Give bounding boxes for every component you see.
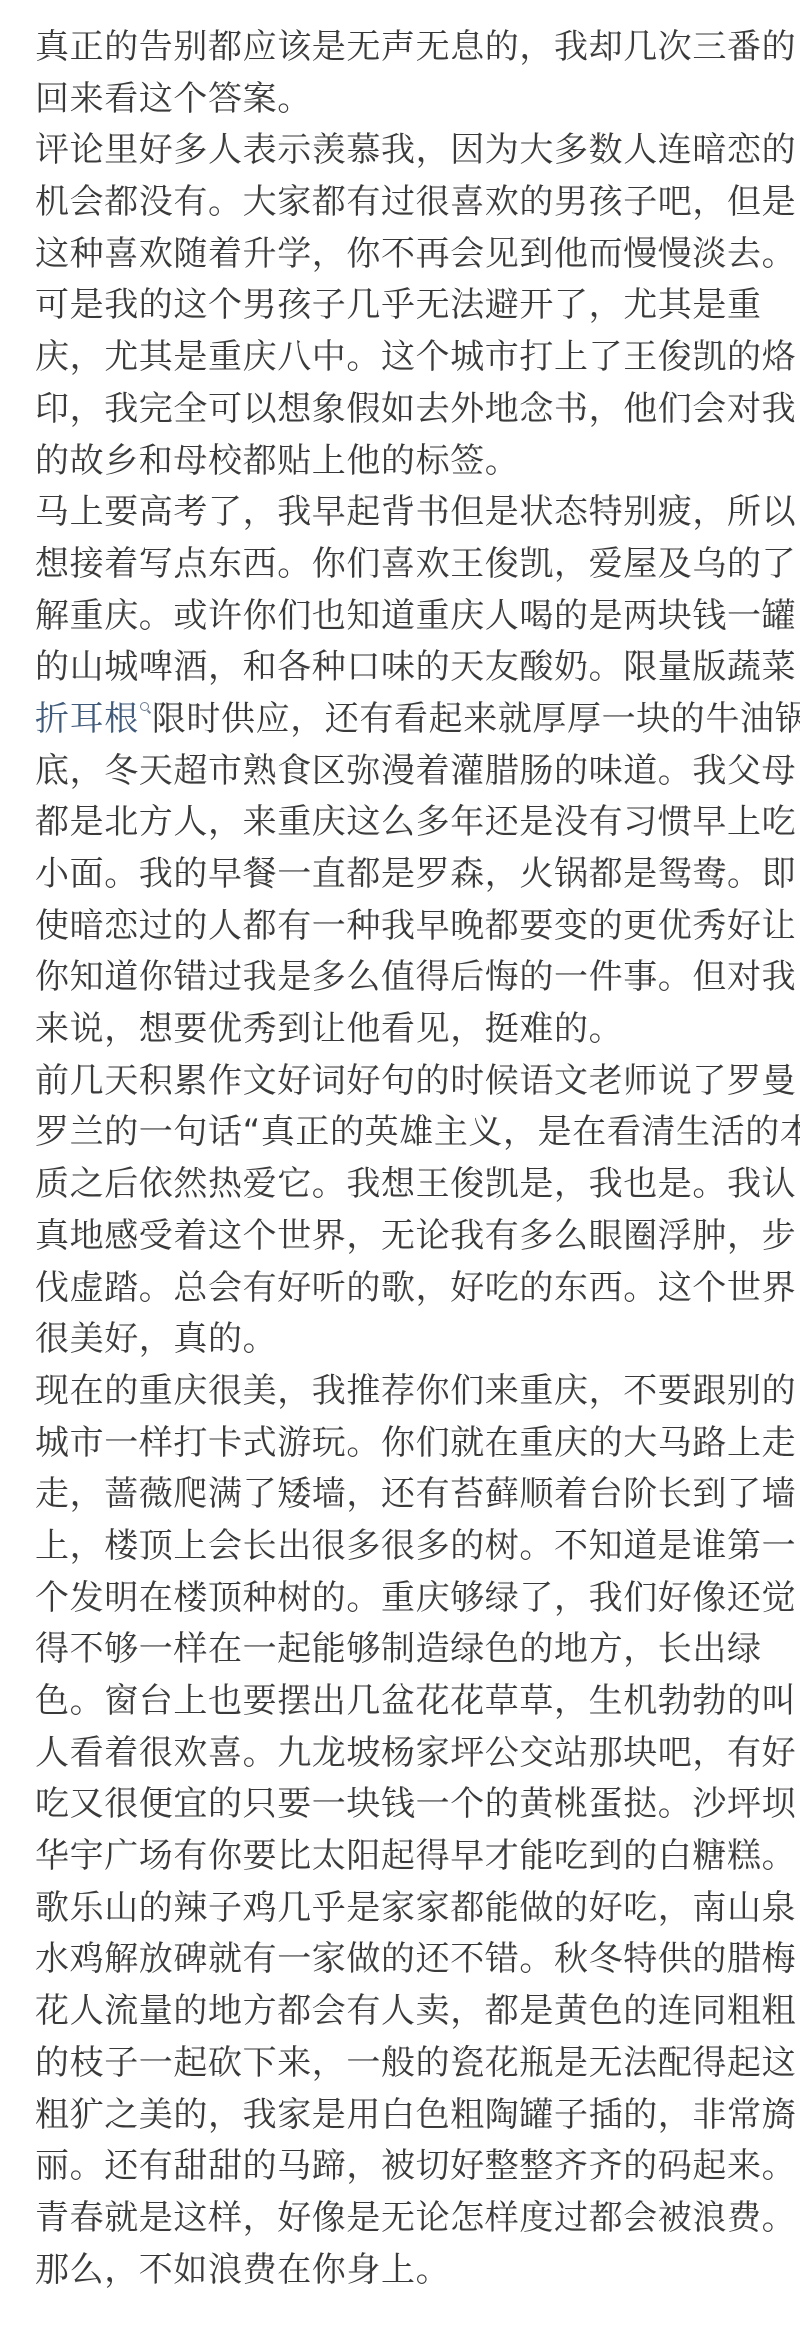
text-line: 真地感受着这个世界，无论我有多么眼圈浮肿，步 bbox=[35, 1211, 795, 1263]
text-line: 吃又很便宜的只要一块钱一个的黄桃蛋挞。沙坪坝 bbox=[35, 1779, 795, 1831]
text-line: 花人流量的地方都会有人卖，都是黄色的连同粗粗 bbox=[35, 1986, 795, 2038]
paragraph: 马上要高考了，我早起背书但是状态特别疲，所以 想接着写点东西。你们喜欢王俊凯，爱… bbox=[35, 487, 795, 1056]
text-line: 都是北方人，来重庆这么多年还是没有习惯早上吃 bbox=[35, 797, 795, 849]
paragraph: 评论里好多人表示羡慕我，因为大多数人连暗恋的 机会都没有。大家都有过很喜欢的男孩… bbox=[35, 125, 795, 487]
text-line: 的枝子一起砍下来，一般的瓷花瓶是无法配得起这 bbox=[35, 2038, 795, 2090]
text-line: 城市一样打卡式游玩。你们就在重庆的大马路上走 bbox=[35, 1418, 795, 1470]
text-line: 小面。我的早餐一直都是罗森，火锅都是鸳鸯。即 bbox=[35, 849, 795, 901]
paragraph: 真正的告别都应该是无声无息的，我却几次三番的 回来看这个答案。 bbox=[35, 22, 795, 125]
text-line: 青春就是这样，好像是无论怎样度过都会被浪费。 bbox=[35, 2193, 795, 2245]
search-link-zheergen[interactable]: 折耳根 bbox=[35, 699, 139, 739]
text-line: 华宇广场有你要比太阳起得早才能吃到的白糖糕。 bbox=[35, 1831, 795, 1883]
text-line: 来说，想要优秀到让他看见，挺难的。 bbox=[35, 1004, 795, 1056]
text-line: 得不够一样在一起能够制造绿色的地方，长出绿 bbox=[35, 1624, 795, 1676]
text-line: 罗兰的一句话“真正的英雄主义，是在看清生活的本 bbox=[35, 1107, 795, 1159]
text-line: 印，我完全可以想象假如去外地念书，他们会对我 bbox=[35, 384, 795, 436]
text-line: 想接着写点东西。你们喜欢王俊凯，爱屋及乌的了 bbox=[35, 539, 795, 591]
text-line: 的故乡和母校都贴上他的标签。 bbox=[35, 436, 795, 488]
text-line: 底，冬天超市熟食区弥漫着灌腊肠的味道。我父母 bbox=[35, 746, 795, 798]
paragraph: 前几天积累作文好词好句的时候语文老师说了罗曼 罗兰的一句话“真正的英雄主义，是在… bbox=[35, 1056, 795, 1366]
text-line: 马上要高考了，我早起背书但是状态特别疲，所以 bbox=[35, 487, 795, 539]
text-line: 水鸡解放碑就有一家做的还不错。秋冬特供的腊梅 bbox=[35, 1934, 795, 1986]
paragraph: 现在的重庆很美，我推荐你们来重庆，不要跟别的 城市一样打卡式游玩。你们就在重庆的… bbox=[35, 1366, 795, 2296]
text-line: 这种喜欢随着升学，你不再会见到他而慢慢淡去。 bbox=[35, 229, 795, 281]
text-line: 人看着很欢喜。九龙坡杨家坪公交站那块吧，有好 bbox=[35, 1728, 795, 1780]
text-line: 色。窗台上也要摆出几盆花花草草，生机勃勃的叫 bbox=[35, 1676, 795, 1728]
text-line: 伐虚踏。总会有好听的歌，好吃的东西。这个世界 bbox=[35, 1263, 795, 1315]
text-line: 机会都没有。大家都有过很喜欢的男孩子吧，但是 bbox=[35, 177, 795, 229]
text-line: 现在的重庆很美，我推荐你们来重庆，不要跟别的 bbox=[35, 1366, 795, 1418]
text-line: 庆，尤其是重庆八中。这个城市打上了王俊凯的烙 bbox=[35, 332, 795, 384]
text-line: 质之后依然热爱它。我想王俊凯是，我也是。我认 bbox=[35, 1159, 795, 1211]
text-line: 可是我的这个男孩子几乎无法避开了，尤其是重 bbox=[35, 280, 795, 332]
text-line: 解重庆。或许你们也知道重庆人喝的是两块钱一罐 bbox=[35, 591, 795, 643]
text-line: 真正的告别都应该是无声无息的，我却几次三番的 bbox=[35, 22, 795, 74]
text-line: 很美好，真的。 bbox=[35, 1314, 795, 1366]
text-line: 走，蔷薇爬满了矮墙，还有苔藓顺着台阶长到了墙 bbox=[35, 1469, 795, 1521]
text-line: 丽。还有甜甜的马蹄，被切好整整齐齐的码起来。 bbox=[35, 2141, 795, 2193]
text-line: 粗犷之美的，我家是用白色粗陶罐子插的，非常旖 bbox=[35, 2090, 795, 2142]
text-segment: 限时供应，还有看起来就厚厚一块的牛油锅 bbox=[152, 699, 800, 739]
text-line: 使暗恋过的人都有一种我早晚都要变的更优秀好让 bbox=[35, 901, 795, 953]
text-line: 你知道你错过我是多么值得后悔的一件事。但对我 bbox=[35, 952, 795, 1004]
text-line: 上，楼顶上会长出很多很多的树。不知道是谁第一 bbox=[35, 1521, 795, 1573]
text-line: 个发明在楼顶种树的。重庆够绿了，我们好像还觉 bbox=[35, 1573, 795, 1625]
search-icon[interactable] bbox=[139, 702, 151, 718]
text-line: 回来看这个答案。 bbox=[35, 74, 795, 126]
text-line-with-link: 折耳根限时供应，还有看起来就厚厚一块的牛油锅 bbox=[35, 694, 795, 746]
text-line: 那么，不如浪费在你身上。 bbox=[35, 2245, 795, 2297]
text-line: 的山城啤酒，和各种口味的天友酸奶。限量版蔬菜 bbox=[35, 642, 795, 694]
text-line: 评论里好多人表示羡慕我，因为大多数人连暗恋的 bbox=[35, 125, 795, 177]
text-line: 歌乐山的辣子鸡几乎是家家都能做的好吃，南山泉 bbox=[35, 1883, 795, 1935]
article-body: 真正的告别都应该是无声无息的，我却几次三番的 回来看这个答案。 评论里好多人表示… bbox=[35, 22, 795, 2296]
text-line: 前几天积累作文好词好句的时候语文老师说了罗曼 bbox=[35, 1056, 795, 1108]
